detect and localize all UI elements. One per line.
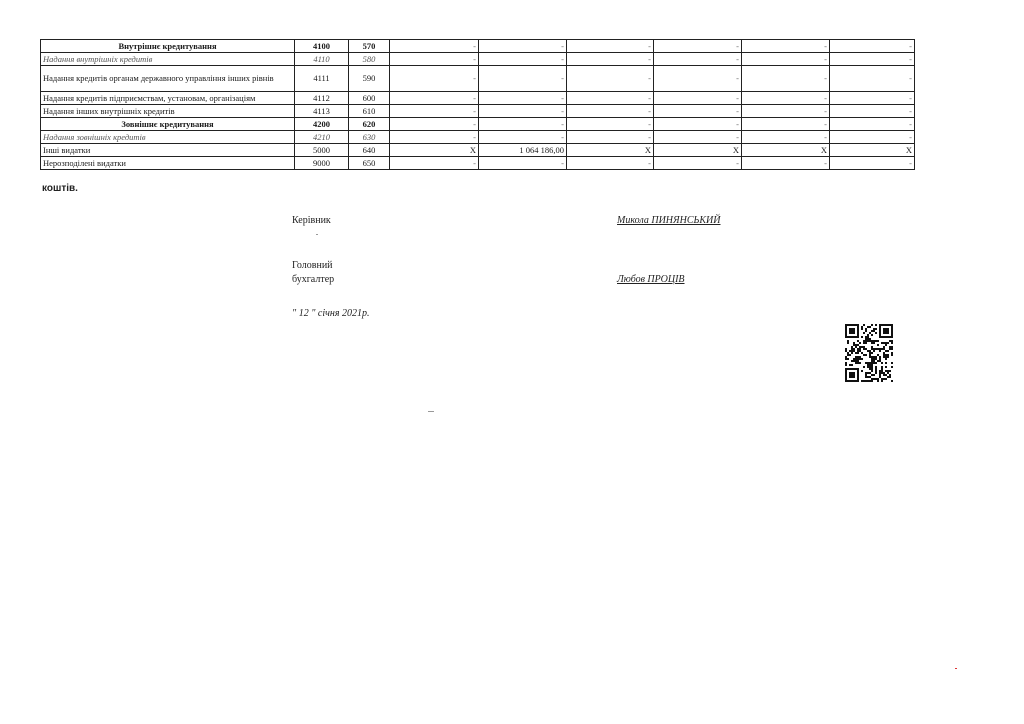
row-value-cell: - bbox=[567, 105, 654, 118]
row-value-cell: - bbox=[390, 118, 479, 131]
row-value-cell: - bbox=[742, 118, 830, 131]
row-value-cell: - bbox=[830, 105, 915, 118]
row-name-cell: Надання інших внутрішніх кредитів bbox=[41, 105, 295, 118]
row-value-cell: - bbox=[479, 92, 567, 105]
trailing-text: коштів. bbox=[42, 183, 78, 194]
row-value-cell: - bbox=[390, 157, 479, 170]
signature-date: " 12 " січня 2021р. bbox=[292, 308, 370, 319]
row-value-cell: - bbox=[479, 118, 567, 131]
row-code-cell: 5000 bbox=[295, 144, 349, 157]
row-value-cell: - bbox=[654, 105, 742, 118]
qr-code-icon bbox=[845, 324, 893, 382]
row-value-cell: - bbox=[479, 66, 567, 92]
expenditure-table: Внутрішнє кредитування4100570------Надан… bbox=[40, 39, 915, 170]
row-value-cell: 1 064 186,00 bbox=[479, 144, 567, 157]
row-value-cell: - bbox=[830, 92, 915, 105]
row-line-cell: 600 bbox=[349, 92, 390, 105]
row-value-cell: - bbox=[742, 66, 830, 92]
row-value-cell: - bbox=[742, 92, 830, 105]
row-line-cell: 650 bbox=[349, 157, 390, 170]
row-line-cell: 590 bbox=[349, 66, 390, 92]
row-value-cell: - bbox=[830, 157, 915, 170]
row-value-cell: - bbox=[654, 66, 742, 92]
row-value-cell: - bbox=[654, 53, 742, 66]
row-line-cell: 630 bbox=[349, 131, 390, 144]
row-code-cell: 4210 bbox=[295, 131, 349, 144]
row-value-cell: - bbox=[742, 53, 830, 66]
scan-speck bbox=[955, 668, 957, 669]
row-value-cell: - bbox=[567, 66, 654, 92]
row-code-cell: 4100 bbox=[295, 40, 349, 53]
row-value-cell: - bbox=[830, 53, 915, 66]
row-value-cell: - bbox=[742, 157, 830, 170]
row-value-cell: - bbox=[830, 118, 915, 131]
row-code-cell: 4112 bbox=[295, 92, 349, 105]
row-value-cell: - bbox=[567, 92, 654, 105]
row-value-cell: - bbox=[830, 131, 915, 144]
row-code-cell: 4113 bbox=[295, 105, 349, 118]
row-value-cell: - bbox=[567, 131, 654, 144]
row-value-cell: - bbox=[654, 157, 742, 170]
accountant-name: Любов ПРОЦІВ bbox=[617, 274, 685, 285]
table-row: Надання кредитів органам державного упра… bbox=[41, 66, 915, 92]
row-value-cell: X bbox=[742, 144, 830, 157]
table-row: Надання кредитів підприємствам, установа… bbox=[41, 92, 915, 105]
row-code-cell: 9000 bbox=[295, 157, 349, 170]
row-value-cell: - bbox=[654, 92, 742, 105]
scan-speck bbox=[316, 234, 318, 235]
row-name-cell: Інші видатки bbox=[41, 144, 295, 157]
table-row: Надання внутрішніх кредитів4110580------ bbox=[41, 53, 915, 66]
accountant-label-line2: бухгалтер bbox=[292, 274, 334, 285]
row-line-cell: 620 bbox=[349, 118, 390, 131]
table-row: Внутрішнє кредитування4100570------ bbox=[41, 40, 915, 53]
row-value-cell: - bbox=[390, 131, 479, 144]
row-value-cell: - bbox=[742, 131, 830, 144]
row-value-cell: X bbox=[654, 144, 742, 157]
row-line-cell: 580 bbox=[349, 53, 390, 66]
row-value-cell: - bbox=[742, 105, 830, 118]
row-value-cell: - bbox=[567, 40, 654, 53]
row-value-cell: - bbox=[479, 105, 567, 118]
head-label: Керівник bbox=[292, 215, 331, 226]
row-value-cell: - bbox=[742, 40, 830, 53]
row-value-cell: - bbox=[390, 92, 479, 105]
row-value-cell: - bbox=[830, 40, 915, 53]
row-line-cell: 640 bbox=[349, 144, 390, 157]
row-code-cell: 4111 bbox=[295, 66, 349, 92]
row-value-cell: - bbox=[479, 40, 567, 53]
row-value-cell: - bbox=[390, 40, 479, 53]
row-value-cell: - bbox=[390, 66, 479, 92]
row-value-cell: X bbox=[390, 144, 479, 157]
row-value-cell: X bbox=[830, 144, 915, 157]
row-name-cell: Надання внутрішніх кредитів bbox=[41, 53, 295, 66]
table-row: Інші видатки5000640X1 064 186,00XXXX bbox=[41, 144, 915, 157]
row-name-cell: Надання кредитів підприємствам, установа… bbox=[41, 92, 295, 105]
row-line-cell: 610 bbox=[349, 105, 390, 118]
row-name-cell: Внутрішнє кредитування bbox=[41, 40, 295, 53]
row-value-cell: - bbox=[479, 53, 567, 66]
row-value-cell: - bbox=[390, 53, 479, 66]
table-row: Надання інших внутрішніх кредитів4113610… bbox=[41, 105, 915, 118]
row-value-cell: - bbox=[479, 157, 567, 170]
row-value-cell: - bbox=[567, 53, 654, 66]
head-name: Микола ПИНЯНСЬКИЙ bbox=[617, 215, 720, 226]
row-name-cell: Зовнішнє кредитування bbox=[41, 118, 295, 131]
scan-speck bbox=[428, 411, 434, 412]
row-line-cell: 570 bbox=[349, 40, 390, 53]
row-code-cell: 4110 bbox=[295, 53, 349, 66]
row-value-cell: X bbox=[567, 144, 654, 157]
table-row: Зовнішнє кредитування4200620------ bbox=[41, 118, 915, 131]
row-name-cell: Нерозподілені видатки bbox=[41, 157, 295, 170]
row-name-cell: Надання зовнішніх кредитів bbox=[41, 131, 295, 144]
table-row: Надання зовнішніх кредитів4210630------ bbox=[41, 131, 915, 144]
row-value-cell: - bbox=[654, 118, 742, 131]
row-name-cell: Надання кредитів органам державного упра… bbox=[41, 66, 295, 92]
row-value-cell: - bbox=[390, 105, 479, 118]
row-value-cell: - bbox=[830, 66, 915, 92]
row-value-cell: - bbox=[654, 131, 742, 144]
row-value-cell: - bbox=[567, 157, 654, 170]
row-value-cell: - bbox=[479, 131, 567, 144]
table-row: Нерозподілені видатки9000650------ bbox=[41, 157, 915, 170]
row-value-cell: - bbox=[654, 40, 742, 53]
row-value-cell: - bbox=[567, 118, 654, 131]
row-code-cell: 4200 bbox=[295, 118, 349, 131]
accountant-label-line1: Головний bbox=[292, 260, 333, 271]
